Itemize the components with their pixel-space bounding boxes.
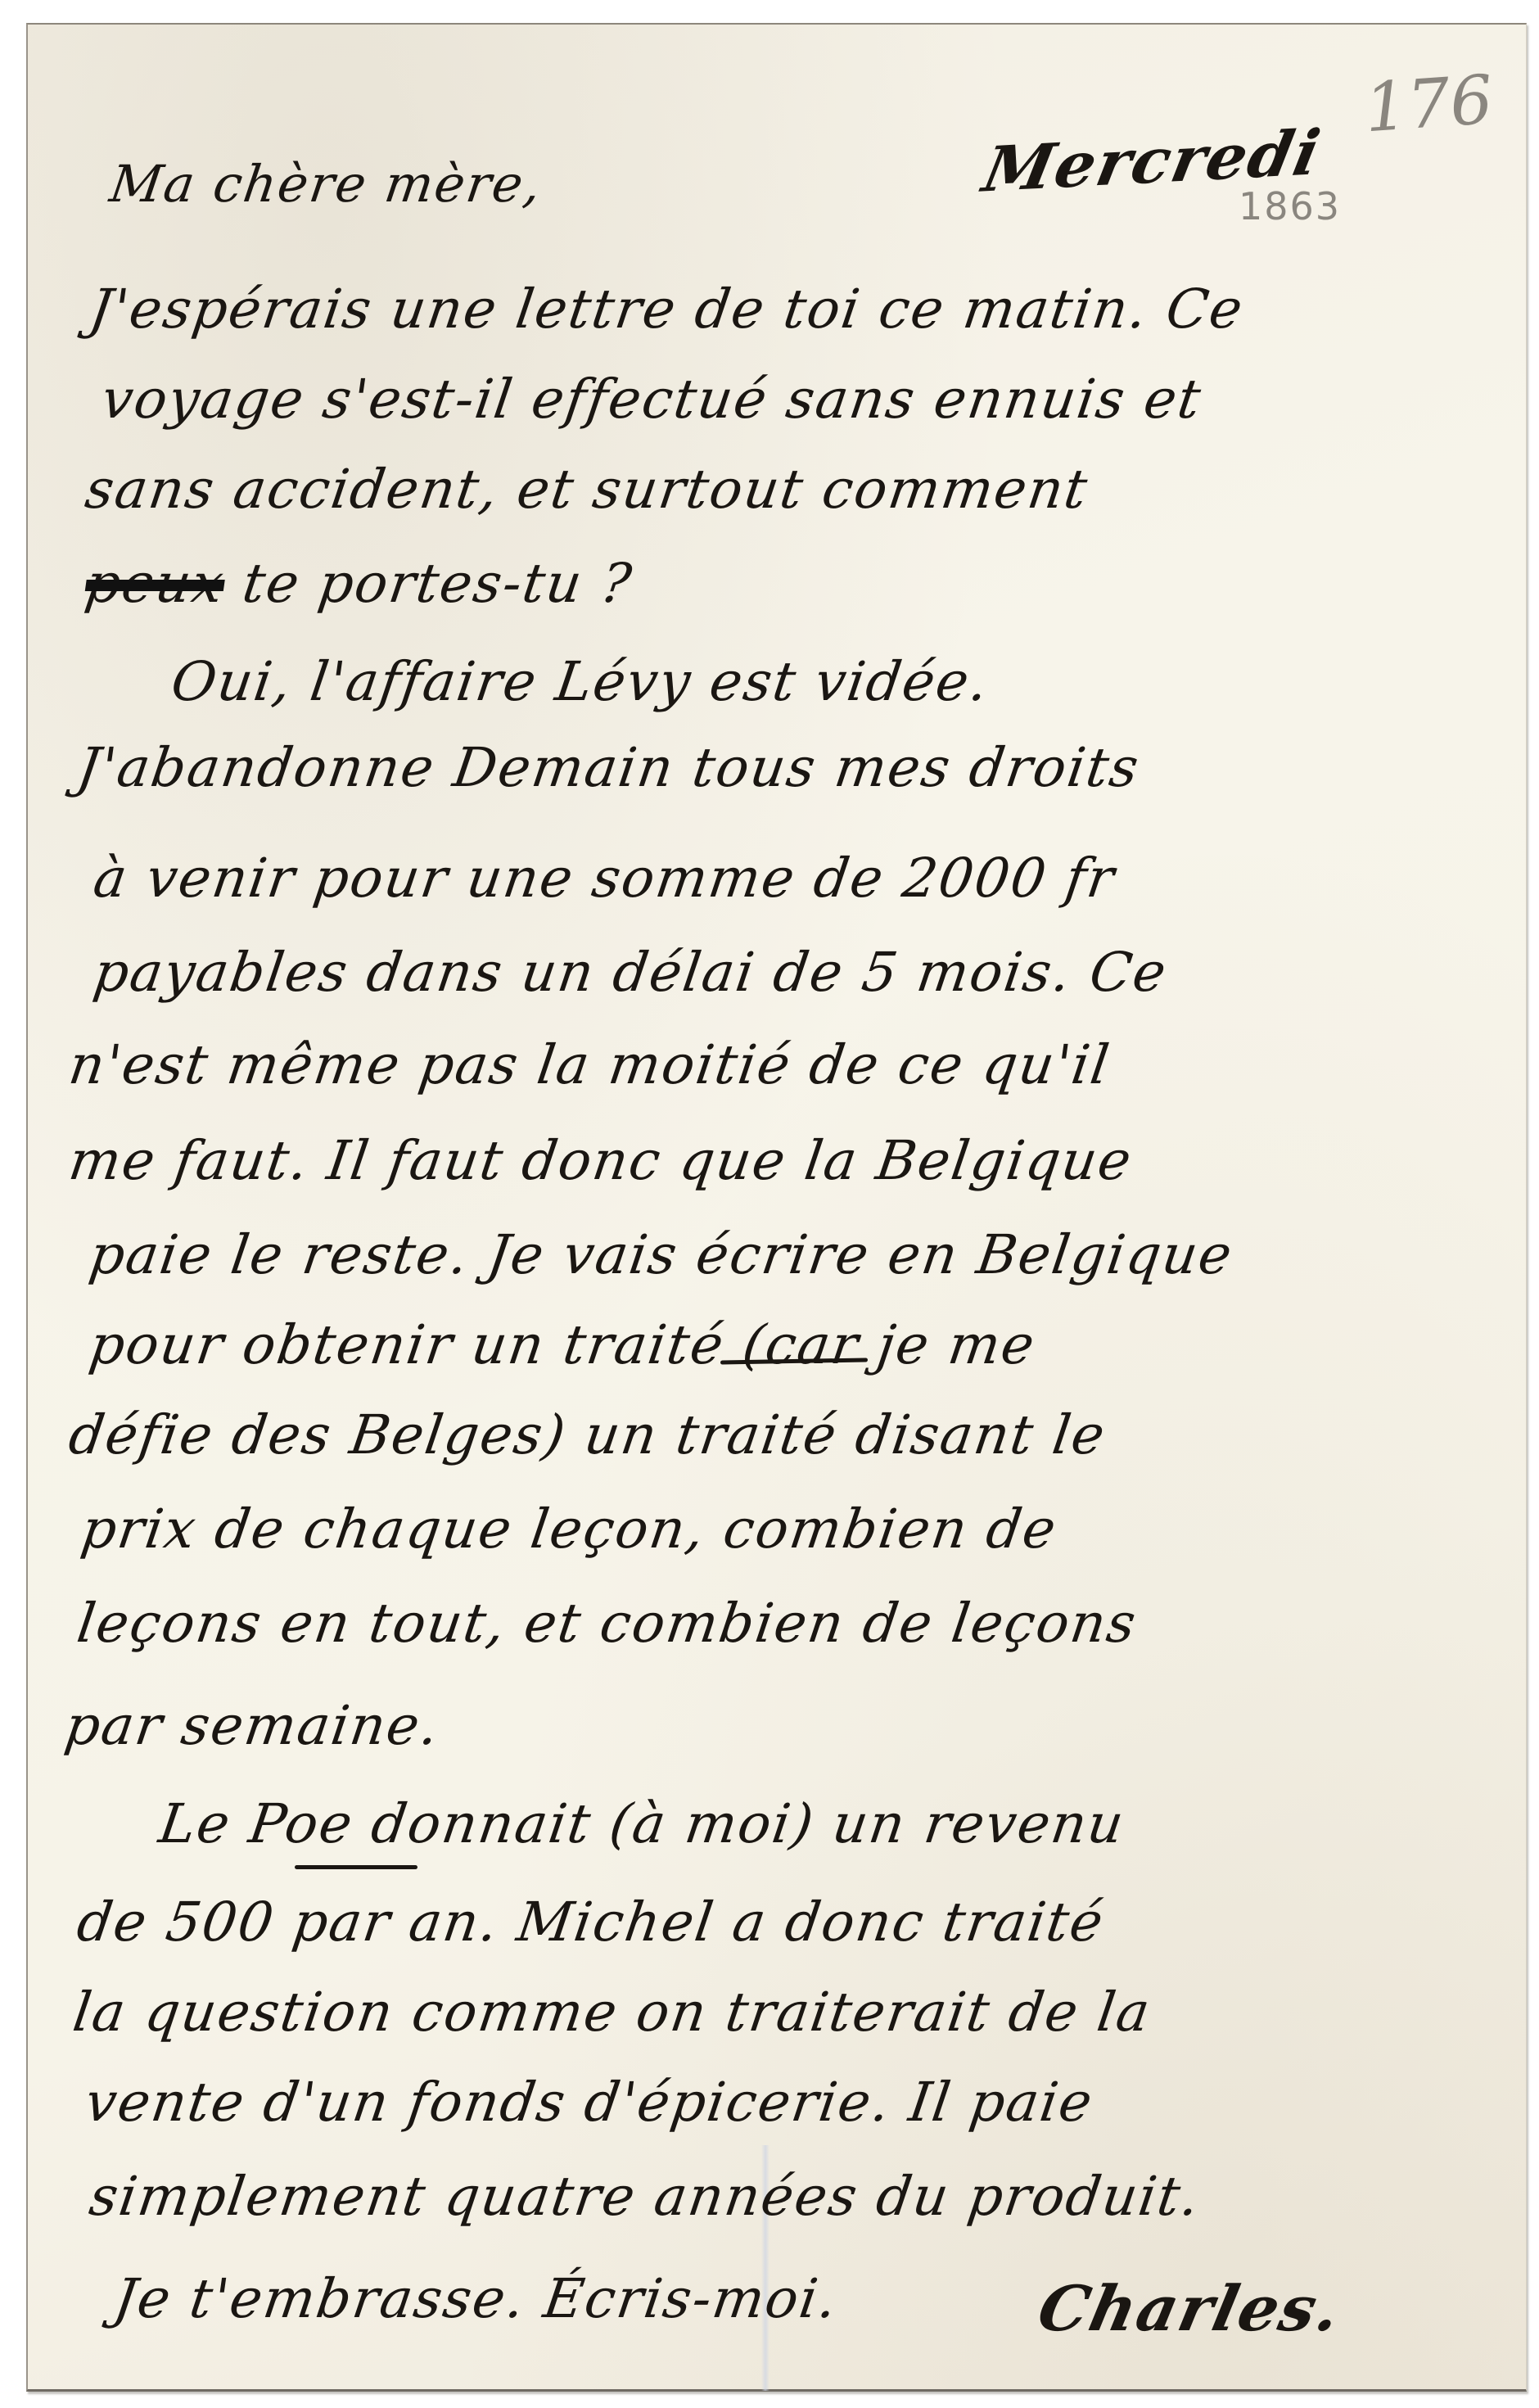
archive-folio-number: 176 [1362,61,1496,148]
letter-line: me faut. Il faut donc que la Belgique [65,1134,1135,1188]
letter-line: Oui, l'affaire Lévy est vidée. [168,655,992,709]
signature: Charles. [1032,2272,1348,2345]
underline-stroke-poe [295,1865,417,1869]
letter-line: n'est même pas la moitié de ce qu'il [65,1038,1113,1092]
letter-line: défie des Belges) un traité disant le [65,1408,1109,1462]
letter-line: sans accident, et surtout comment [82,463,1091,517]
letter-line: de 500 par an. Michel a donc traité [74,1895,1108,1949]
letter-line: vente d'un fonds d'épicerie. Il paie [82,2076,1096,2130]
letter-line: paie le reste. Je vais écrire en Belgiqu… [86,1228,1236,1282]
letter-line: leçons en tout, et combien de leçons [74,1597,1140,1651]
letter-line: simplement quatre années du produit. [86,2170,1203,2224]
letter-line: par semaine. [61,1699,443,1753]
pencil-year-annotation: 1863 [1239,184,1341,228]
struck-word: peux [82,552,229,615]
letter-line-underlined-traite: pour obtenir un traité (car je me [86,1318,1039,1372]
letter-line: J'abandonne Demain tous mes droits [74,741,1143,795]
letter-line: J'espérais une lettre de toi ce matin. C… [86,282,1247,337]
letter-line: voyage s'est-il effectué sans ennuis et [98,373,1205,427]
letter-line-with-strikethrough: peux te portes-tu ? [82,557,636,611]
letter-line-underlined-poe: Le Poe donnait (à moi) un revenu [156,1797,1128,1851]
letter-line: payables dans un délai de 5 mois. Ce [90,946,1171,1000]
salutation: Ma chère mère, [106,154,546,214]
letter-line-text: te portes-tu ? [239,552,637,615]
letter-line: prix de chaque leçon, combien de [78,1502,1060,1556]
letter-line: la question comme on traiterait de la [70,1986,1154,2040]
closing-line: Je t'embrasse. Écris-moi. [111,2272,841,2326]
letter-line: à venir pour une somme de 2000 fr [90,852,1118,906]
